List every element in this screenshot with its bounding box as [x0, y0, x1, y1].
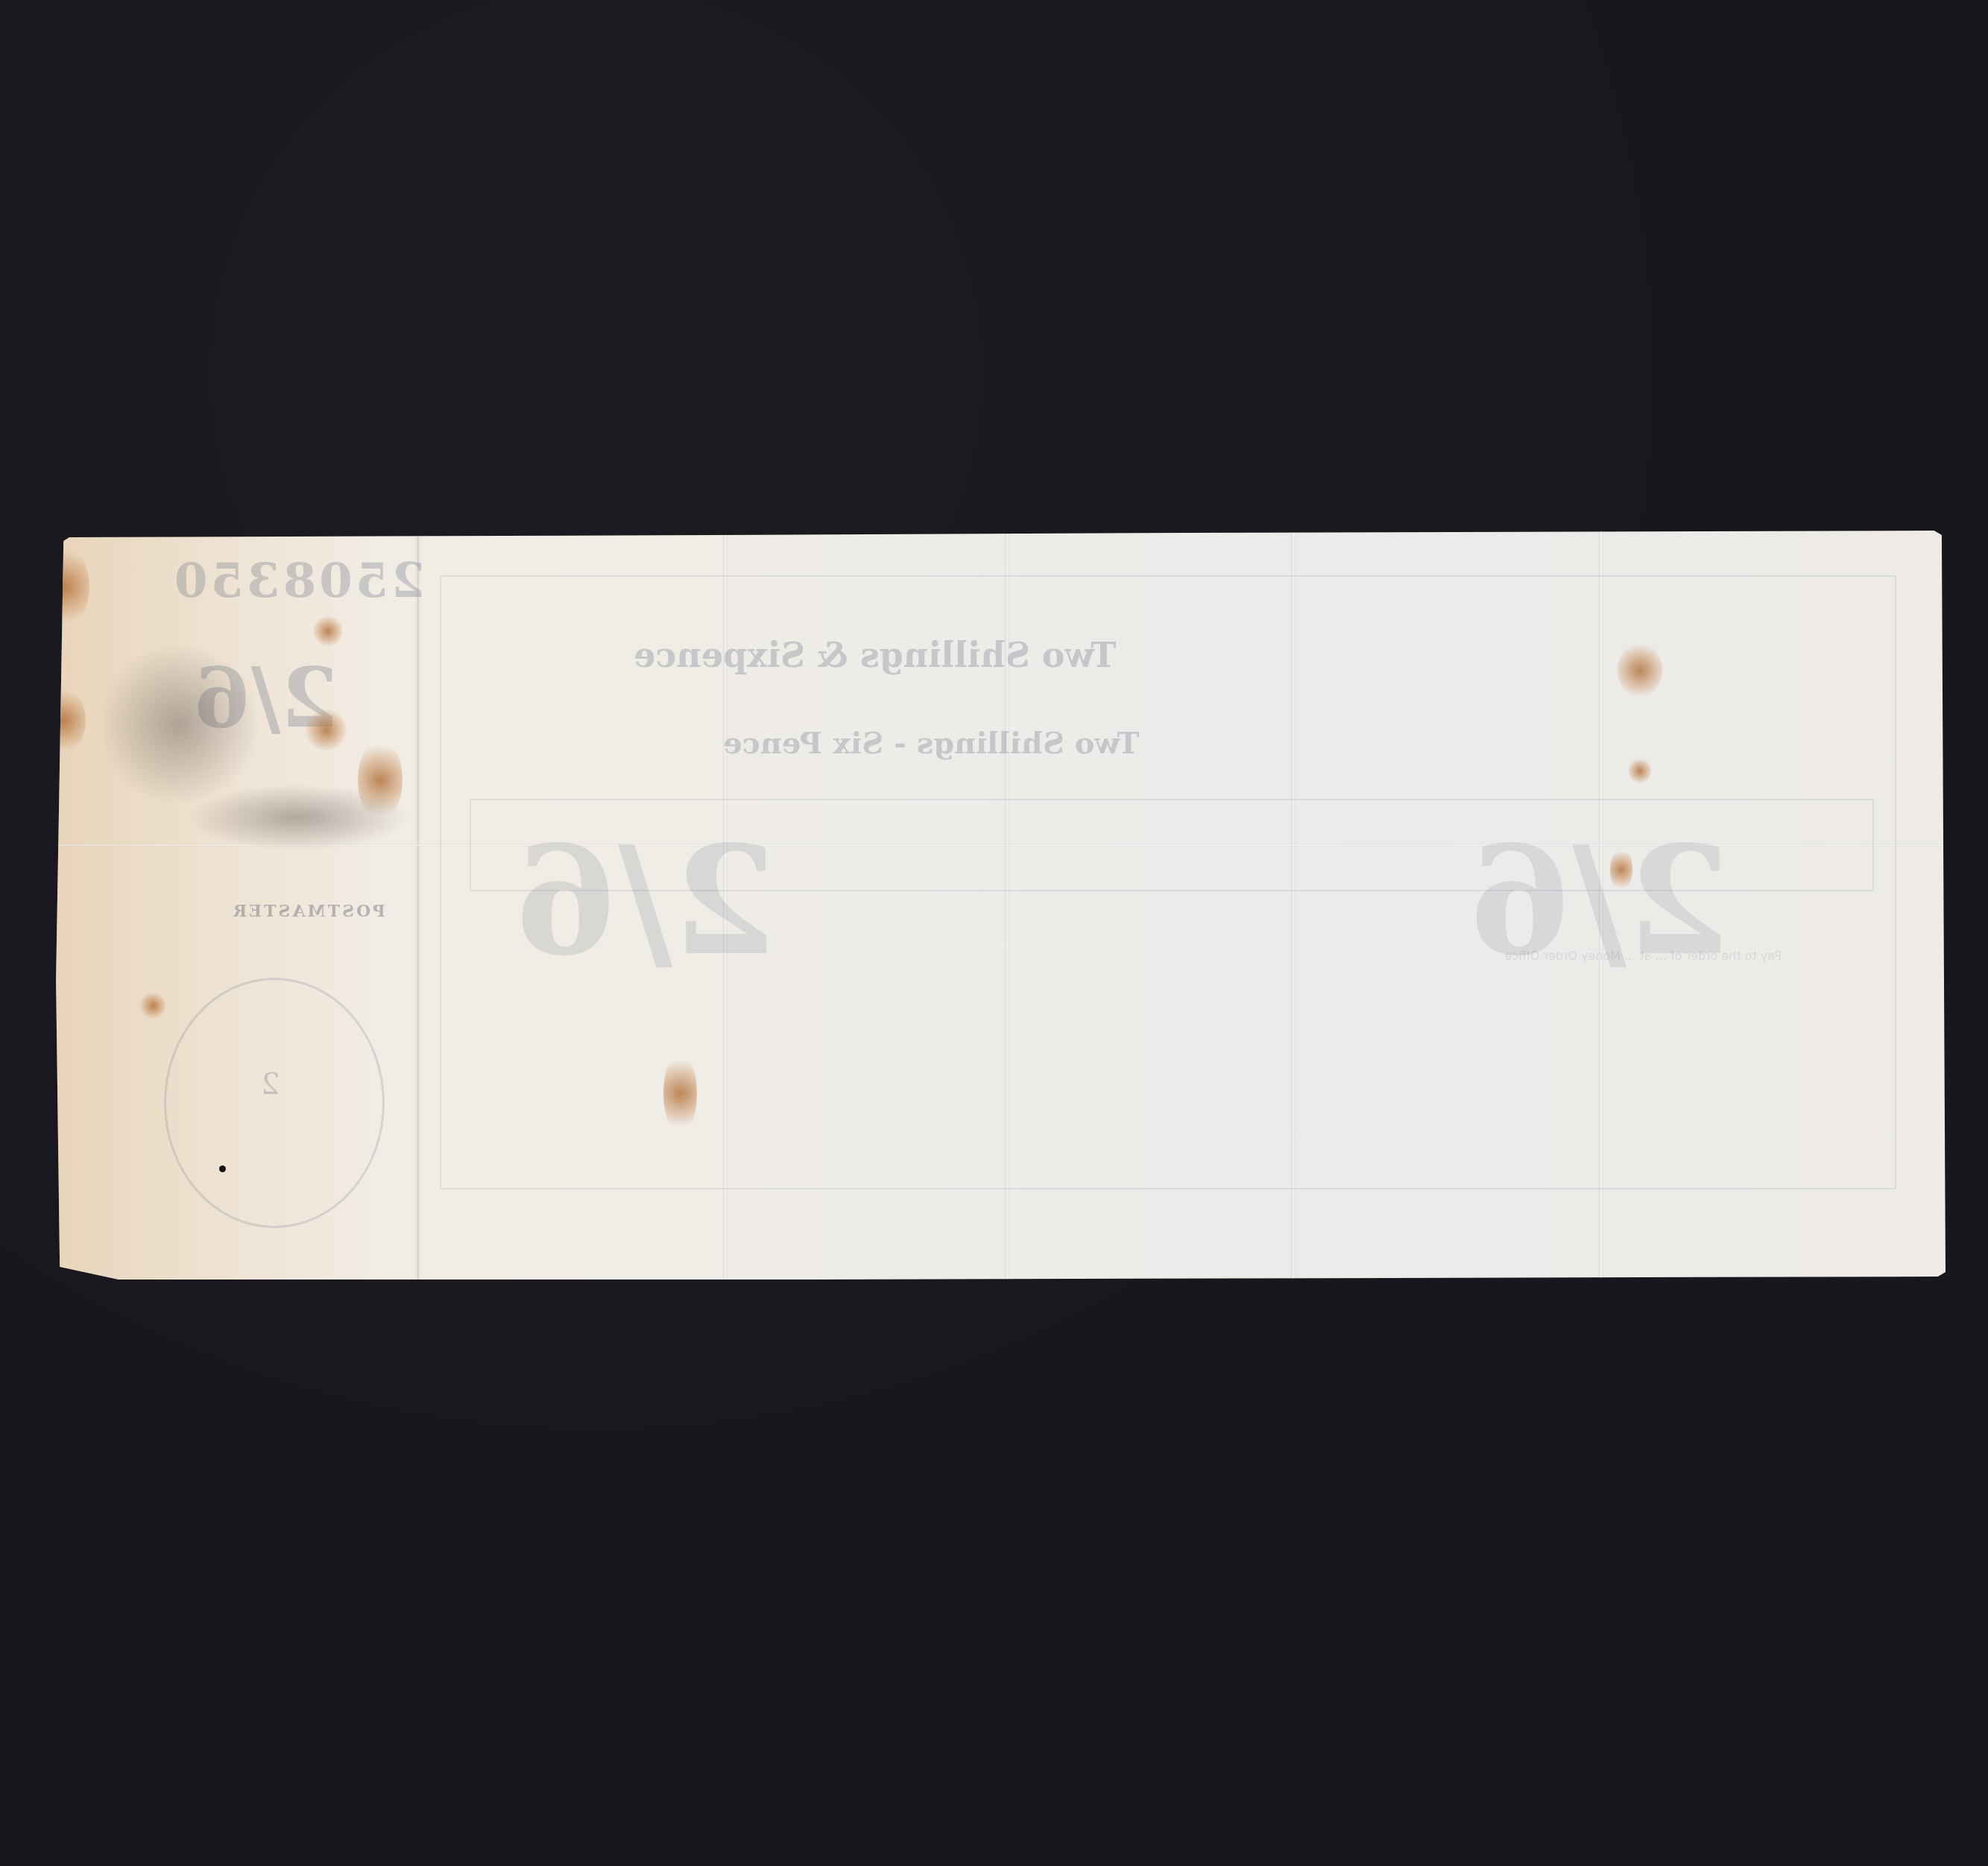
amount-words: Two Shillings & Sixpence	[634, 635, 1116, 675]
fold-line	[416, 531, 420, 1280]
stain	[306, 709, 347, 750]
pinhole	[219, 1166, 226, 1172]
stain	[663, 1052, 697, 1134]
amount-line-2: Two Shillings - Six Pence	[723, 726, 1139, 761]
serial-number: 2508350	[171, 553, 425, 609]
stain	[1629, 758, 1651, 784]
fine-print: Pay to the order of ... at ... Money Ord…	[514, 948, 1782, 964]
date-stamp	[164, 978, 385, 1228]
postmaster-label: POSTMASTER	[231, 902, 385, 921]
grime	[186, 784, 410, 851]
date-stamp-mark: 2	[261, 1067, 280, 1101]
grime	[97, 642, 261, 806]
postal-order-reverse: 2508350 2/6 POSTMASTER 2 Two Shillings &…	[52, 531, 1946, 1280]
stain	[313, 616, 343, 646]
stain	[1610, 847, 1632, 892]
stain	[1618, 642, 1662, 698]
stain	[140, 993, 166, 1019]
